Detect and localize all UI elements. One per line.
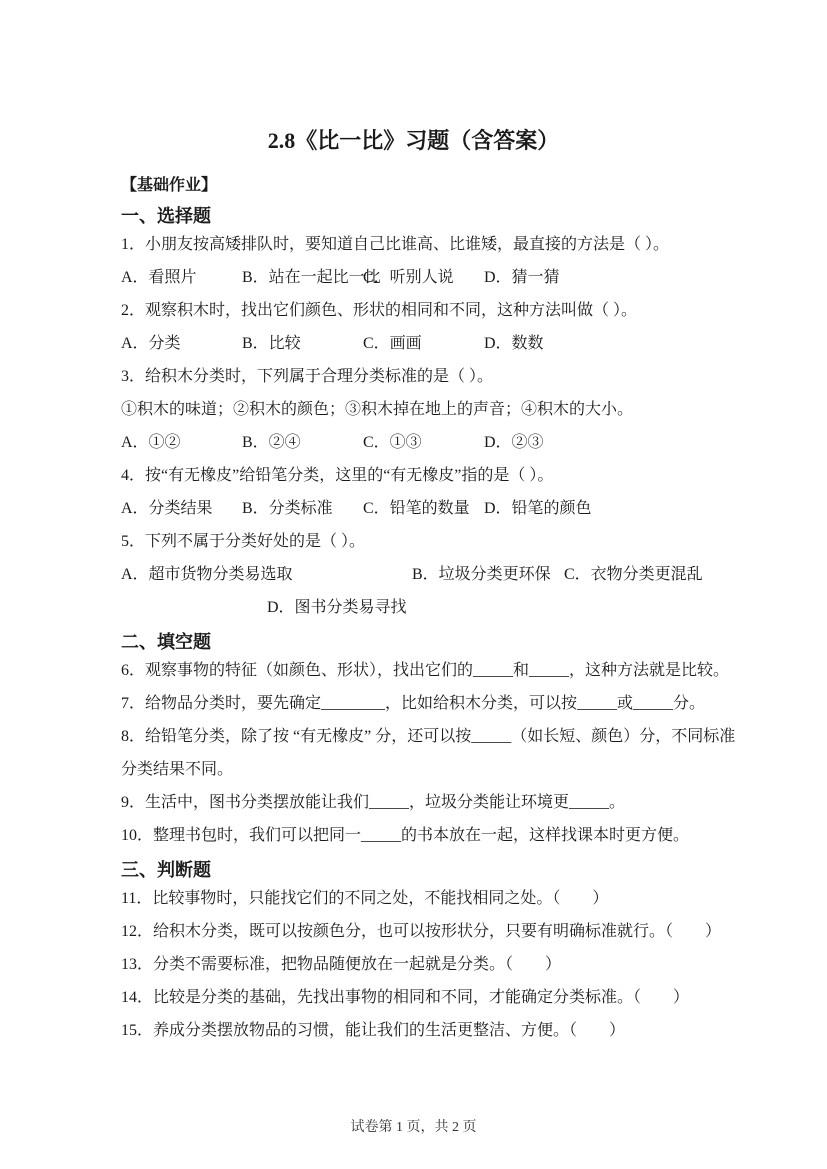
question-text-line: 10．整理书包时，我们可以把同一_____的书本放在一起，这样找课本时更方便。	[121, 819, 706, 852]
option-label: C．①③	[363, 426, 422, 459]
option-row: A．①②B．②④C．①③D．②③	[121, 426, 706, 459]
option-label: D．数数	[484, 327, 544, 360]
worksheet-page: 2.8《比一比》习题（含答案） 【基础作业】一、选择题1．小朋友按高矮排队时，要…	[0, 0, 827, 1169]
question-text-line: 11．比较事物时，只能找它们的不同之处，不能找相同之处。（ ）	[121, 882, 706, 915]
option-label: A．超市货物分类易选取	[121, 558, 293, 591]
question-text-line: 分类结果不同。	[121, 753, 706, 786]
question-text-line: 1．小朋友按高矮排队时，要知道自己比谁高、比谁矮，最直接的方法是（ ）。	[121, 228, 706, 261]
option-label: B．比较	[242, 327, 301, 360]
question-text-line: 15．养成分类摆放物品的习惯，能让我们的生活更整洁、方便。（ ）	[121, 1014, 706, 1047]
option-label: B．分类标准	[242, 492, 333, 525]
option-label: C．铅笔的数量	[363, 492, 470, 525]
page-title: 2.8《比一比》习题（含答案）	[121, 126, 706, 156]
question-text-line: ①积木的味道；②积木的颜色；③积木掉在地上的声音；④积木的大小。	[121, 393, 706, 426]
option-label: D．猜一猜	[484, 261, 560, 294]
option-row: A．分类B．比较C．画画D．数数	[121, 327, 706, 360]
question-text-line: 3．给积木分类时，下列属于合理分类标准的是（ ）。	[121, 360, 706, 393]
question-text-line: 9．生活中，图书分类摆放能让我们_____，垃圾分类能让环境更_____。	[121, 786, 706, 819]
question-text-line: 12．给积木分类，既可以按颜色分，也可以按形状分，只要有明确标准就行。（ ）	[121, 915, 706, 948]
option-label: C．衣物分类更混乱	[564, 558, 703, 591]
option-label: A．分类	[121, 327, 181, 360]
question-text-line: 7．给物品分类时，要先确定________，比如给积木分类，可以按_____或_…	[121, 687, 706, 720]
option-row: A．分类结果B．分类标准C．铅笔的数量D．铅笔的颜色	[121, 492, 706, 525]
question-text-line: 8．给铅笔分类，除了按 “有无橡皮” 分，还可以按_____（如长短、颜色）分，…	[121, 720, 706, 753]
option-label: C．画画	[363, 327, 422, 360]
option-label: B．站在一起比一比	[242, 261, 381, 294]
section-heading: 三、判断题	[121, 858, 706, 882]
section-heading: 【基础作业】	[121, 174, 706, 198]
question-text-line: 14．比较是分类的基础，先找出事物的相同和不同，才能确定分类标准。（ ）	[121, 981, 706, 1014]
option-label: C．听别人说	[363, 261, 454, 294]
option-label: A．①②	[121, 426, 181, 459]
option-label: A．看照片	[121, 261, 197, 294]
question-text-line: 13．分类不需要标准，把物品随便放在一起就是分类。（ ）	[121, 948, 706, 981]
worksheet-content: 2.8《比一比》习题（含答案） 【基础作业】一、选择题1．小朋友按高矮排队时，要…	[121, 0, 706, 1047]
question-text-line: 4．按“有无橡皮”给铅笔分类，这里的“有无橡皮”指的是（ ）。	[121, 459, 706, 492]
option-row: A．超市货物分类易选取B．垃圾分类更环保C．衣物分类更混乱	[121, 558, 706, 591]
option-label: D．图书分类易寻找	[267, 591, 407, 624]
option-label: B．垃圾分类更环保	[412, 558, 551, 591]
option-label: D．铅笔的颜色	[484, 492, 592, 525]
question-text-line: 6．观察事物的特征（如颜色、形状），找出它们的_____和_____，这种方法就…	[121, 654, 706, 687]
option-label: B．②④	[242, 426, 301, 459]
option-label: A．分类结果	[121, 492, 213, 525]
section-heading: 一、选择题	[121, 204, 706, 228]
section-heading: 二、填空题	[121, 630, 706, 654]
question-text-line: 5．下列不属于分类好处的是（ ）。	[121, 525, 706, 558]
option-row: D．图书分类易寻找	[121, 591, 706, 624]
option-row: A．看照片B．站在一起比一比C．听别人说D．猜一猜	[121, 261, 706, 294]
option-label: D．②③	[484, 426, 544, 459]
page-footer: 试卷第 1 页，共 2 页	[0, 1116, 827, 1136]
question-text-line: 2．观察积木时，找出它们颜色、形状的相同和不同，这种方法叫做（ ）。	[121, 294, 706, 327]
